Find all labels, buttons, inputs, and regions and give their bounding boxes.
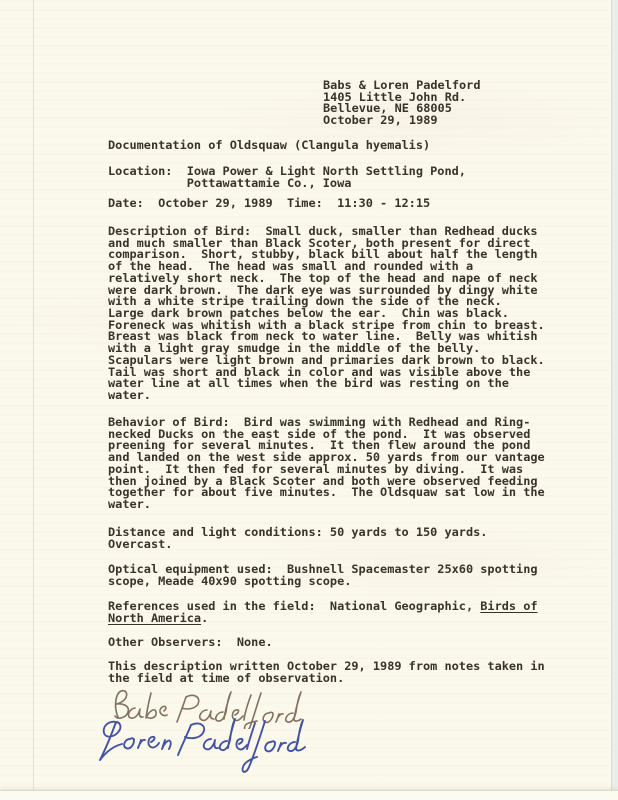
bird-description-paragraph: Description of Bird: Small duck, smaller…	[108, 226, 545, 402]
scanned-document-page: Babs & Loren Padelford 1405 Little John …	[0, 0, 618, 800]
references-period: .	[201, 611, 208, 625]
optical-equipment-paragraph: Optical equipment used: Bushnell Spacema…	[108, 564, 538, 587]
location-block: Location: Iowa Power & Light North Settl…	[108, 166, 466, 189]
references-book-title-part-2: North America	[108, 611, 201, 625]
sender-address-block: Babs & Loren Padelford 1405 Little John …	[323, 80, 481, 127]
paper-bottom-edge	[0, 790, 618, 800]
references-book-title-part-1: Birds of	[480, 599, 537, 613]
paper-fold-line	[33, 0, 34, 791]
bird-behavior-paragraph: Behavior of Bird: Bird was swimming with…	[108, 417, 545, 511]
paper-right-edge	[611, 0, 618, 791]
document-title: Documentation of Oldsquaw (Clangula hyem…	[108, 140, 430, 152]
references-line-2: North America.	[108, 613, 538, 625]
closing-statement: This description written October 29, 198…	[108, 661, 545, 684]
signature-loren-strokes	[100, 719, 305, 772]
references-paragraph: References used in the field: National G…	[108, 601, 538, 624]
signature-loren-padelford	[95, 708, 360, 778]
distance-light-paragraph: Distance and light conditions: 50 yards …	[108, 527, 487, 550]
date-time-line: Date: October 29, 1989 Time: 11:30 - 12:…	[108, 198, 430, 210]
other-observers-line: Other Observers: None.	[108, 637, 273, 649]
